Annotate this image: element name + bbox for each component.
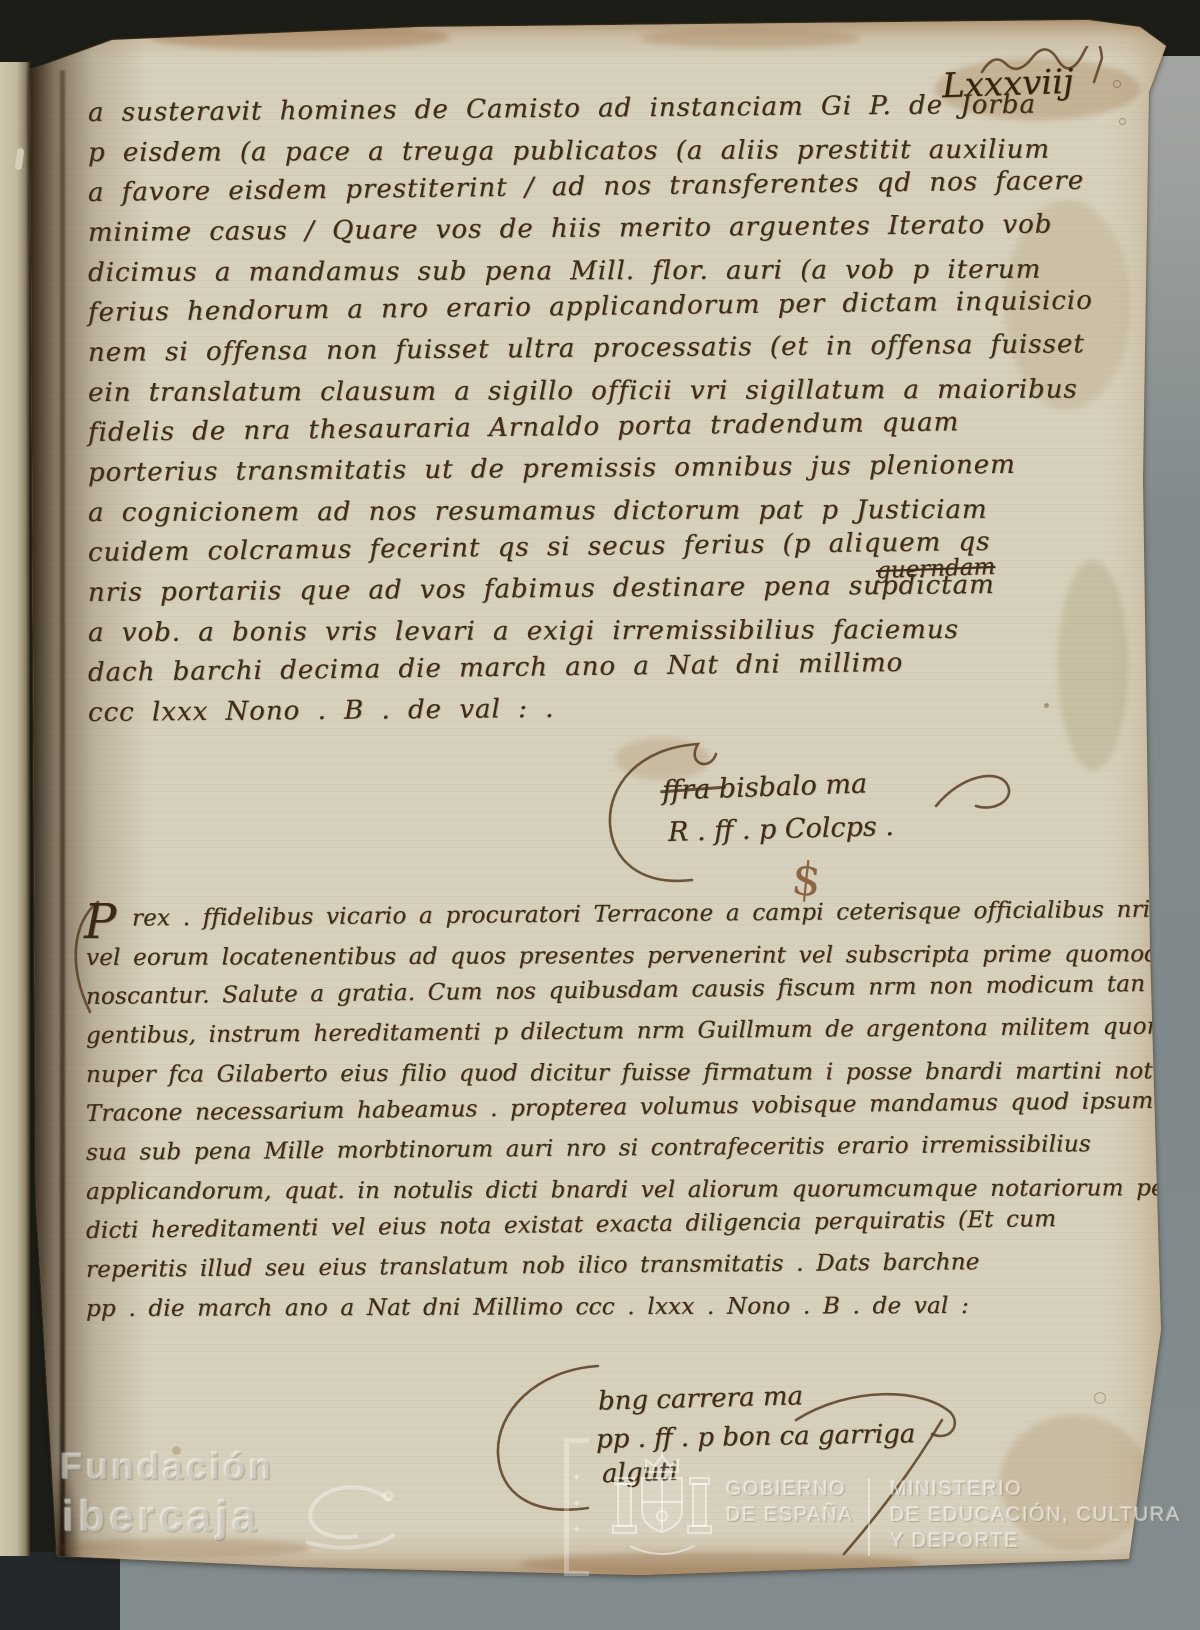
manuscript-line: porterius transmitatis ut de premissis o… — [88, 449, 1068, 498]
signature2-line1: bng carrera ma — [598, 1381, 804, 1416]
manuscript-line: reperitis illud seu eius translatum nob … — [86, 1248, 1066, 1296]
watermark-gobierno-line2: DE ESPAÑA — [726, 1504, 853, 1527]
manuscript-line-date: pp . die march ano a Nat dni Millimo ccc… — [86, 1293, 1066, 1335]
manuscript-line: sua sub pena Mille morbtinorum auri nro … — [86, 1131, 1066, 1179]
handwriting-block-1: a susteravit homines de Camisto ad insta… — [88, 98, 1068, 738]
manuscript-line: rex . ffidelibus vicario a procuratori T… — [86, 897, 1066, 945]
eu-stars-icon: ✦ ✦ ✦ — [564, 1438, 589, 1576]
stain — [640, 28, 860, 48]
watermark-ministerio-line3: Y DEPORTE — [890, 1530, 1019, 1553]
struck-word: guerndam — [876, 554, 996, 584]
signature1-right-flourish — [932, 760, 1027, 865]
signature1-line2: R . ff . p Colcps . — [668, 811, 895, 848]
wormhole-speck — [1094, 1392, 1106, 1404]
manuscript-line: minime casus / Quare vos de hiis merito … — [88, 209, 1068, 258]
watermark-fundacion-line1: Fundación — [60, 1446, 274, 1488]
stain — [1058, 560, 1128, 770]
spain-coat-of-arms-icon — [610, 1450, 714, 1570]
archival-manuscript-photo: Lxxxviij a susteravit homines de Camisto… — [0, 0, 1200, 1630]
manuscript-line-date: ccc lxxx Nono . B . de val : . — [88, 689, 1068, 738]
star-glyph: ✦ — [572, 1471, 581, 1484]
star-glyph: ✦ — [572, 1523, 581, 1536]
watermark-ministerio-line2: DE EDUCACIÓN, CULTURA — [890, 1504, 1181, 1527]
manuscript-line: a susteravit homines de Camisto ad insta… — [88, 89, 1068, 138]
manuscript-line: gentibus, instrum hereditamenti p dilect… — [86, 1014, 1066, 1062]
manuscript-page: Lxxxviij a susteravit homines de Camisto… — [0, 0, 1200, 1630]
watermark-divider — [868, 1478, 870, 1556]
wormhole-speck — [1113, 80, 1121, 88]
watermark-fundacion-line2: ibercaja — [62, 1492, 260, 1542]
stain — [150, 24, 450, 50]
watermark-ministerio-line1: MINISTERIO — [890, 1478, 1023, 1501]
page-wrap: Lxxxviij a susteravit homines de Camisto… — [0, 0, 1200, 1630]
watermark-gobierno-line1: GOBIERNO — [726, 1478, 847, 1501]
wormhole-speck — [1119, 118, 1126, 125]
handwriting-block-2: rex . ffidelibus vicario a procuratori T… — [86, 906, 1066, 1335]
fold-crease — [60, 70, 65, 1558]
ibercaja-logo-icon — [298, 1476, 402, 1560]
manuscript-line: nem si offensa non fuisset ultra process… — [88, 329, 1068, 378]
star-glyph: ✦ — [572, 1497, 581, 1510]
